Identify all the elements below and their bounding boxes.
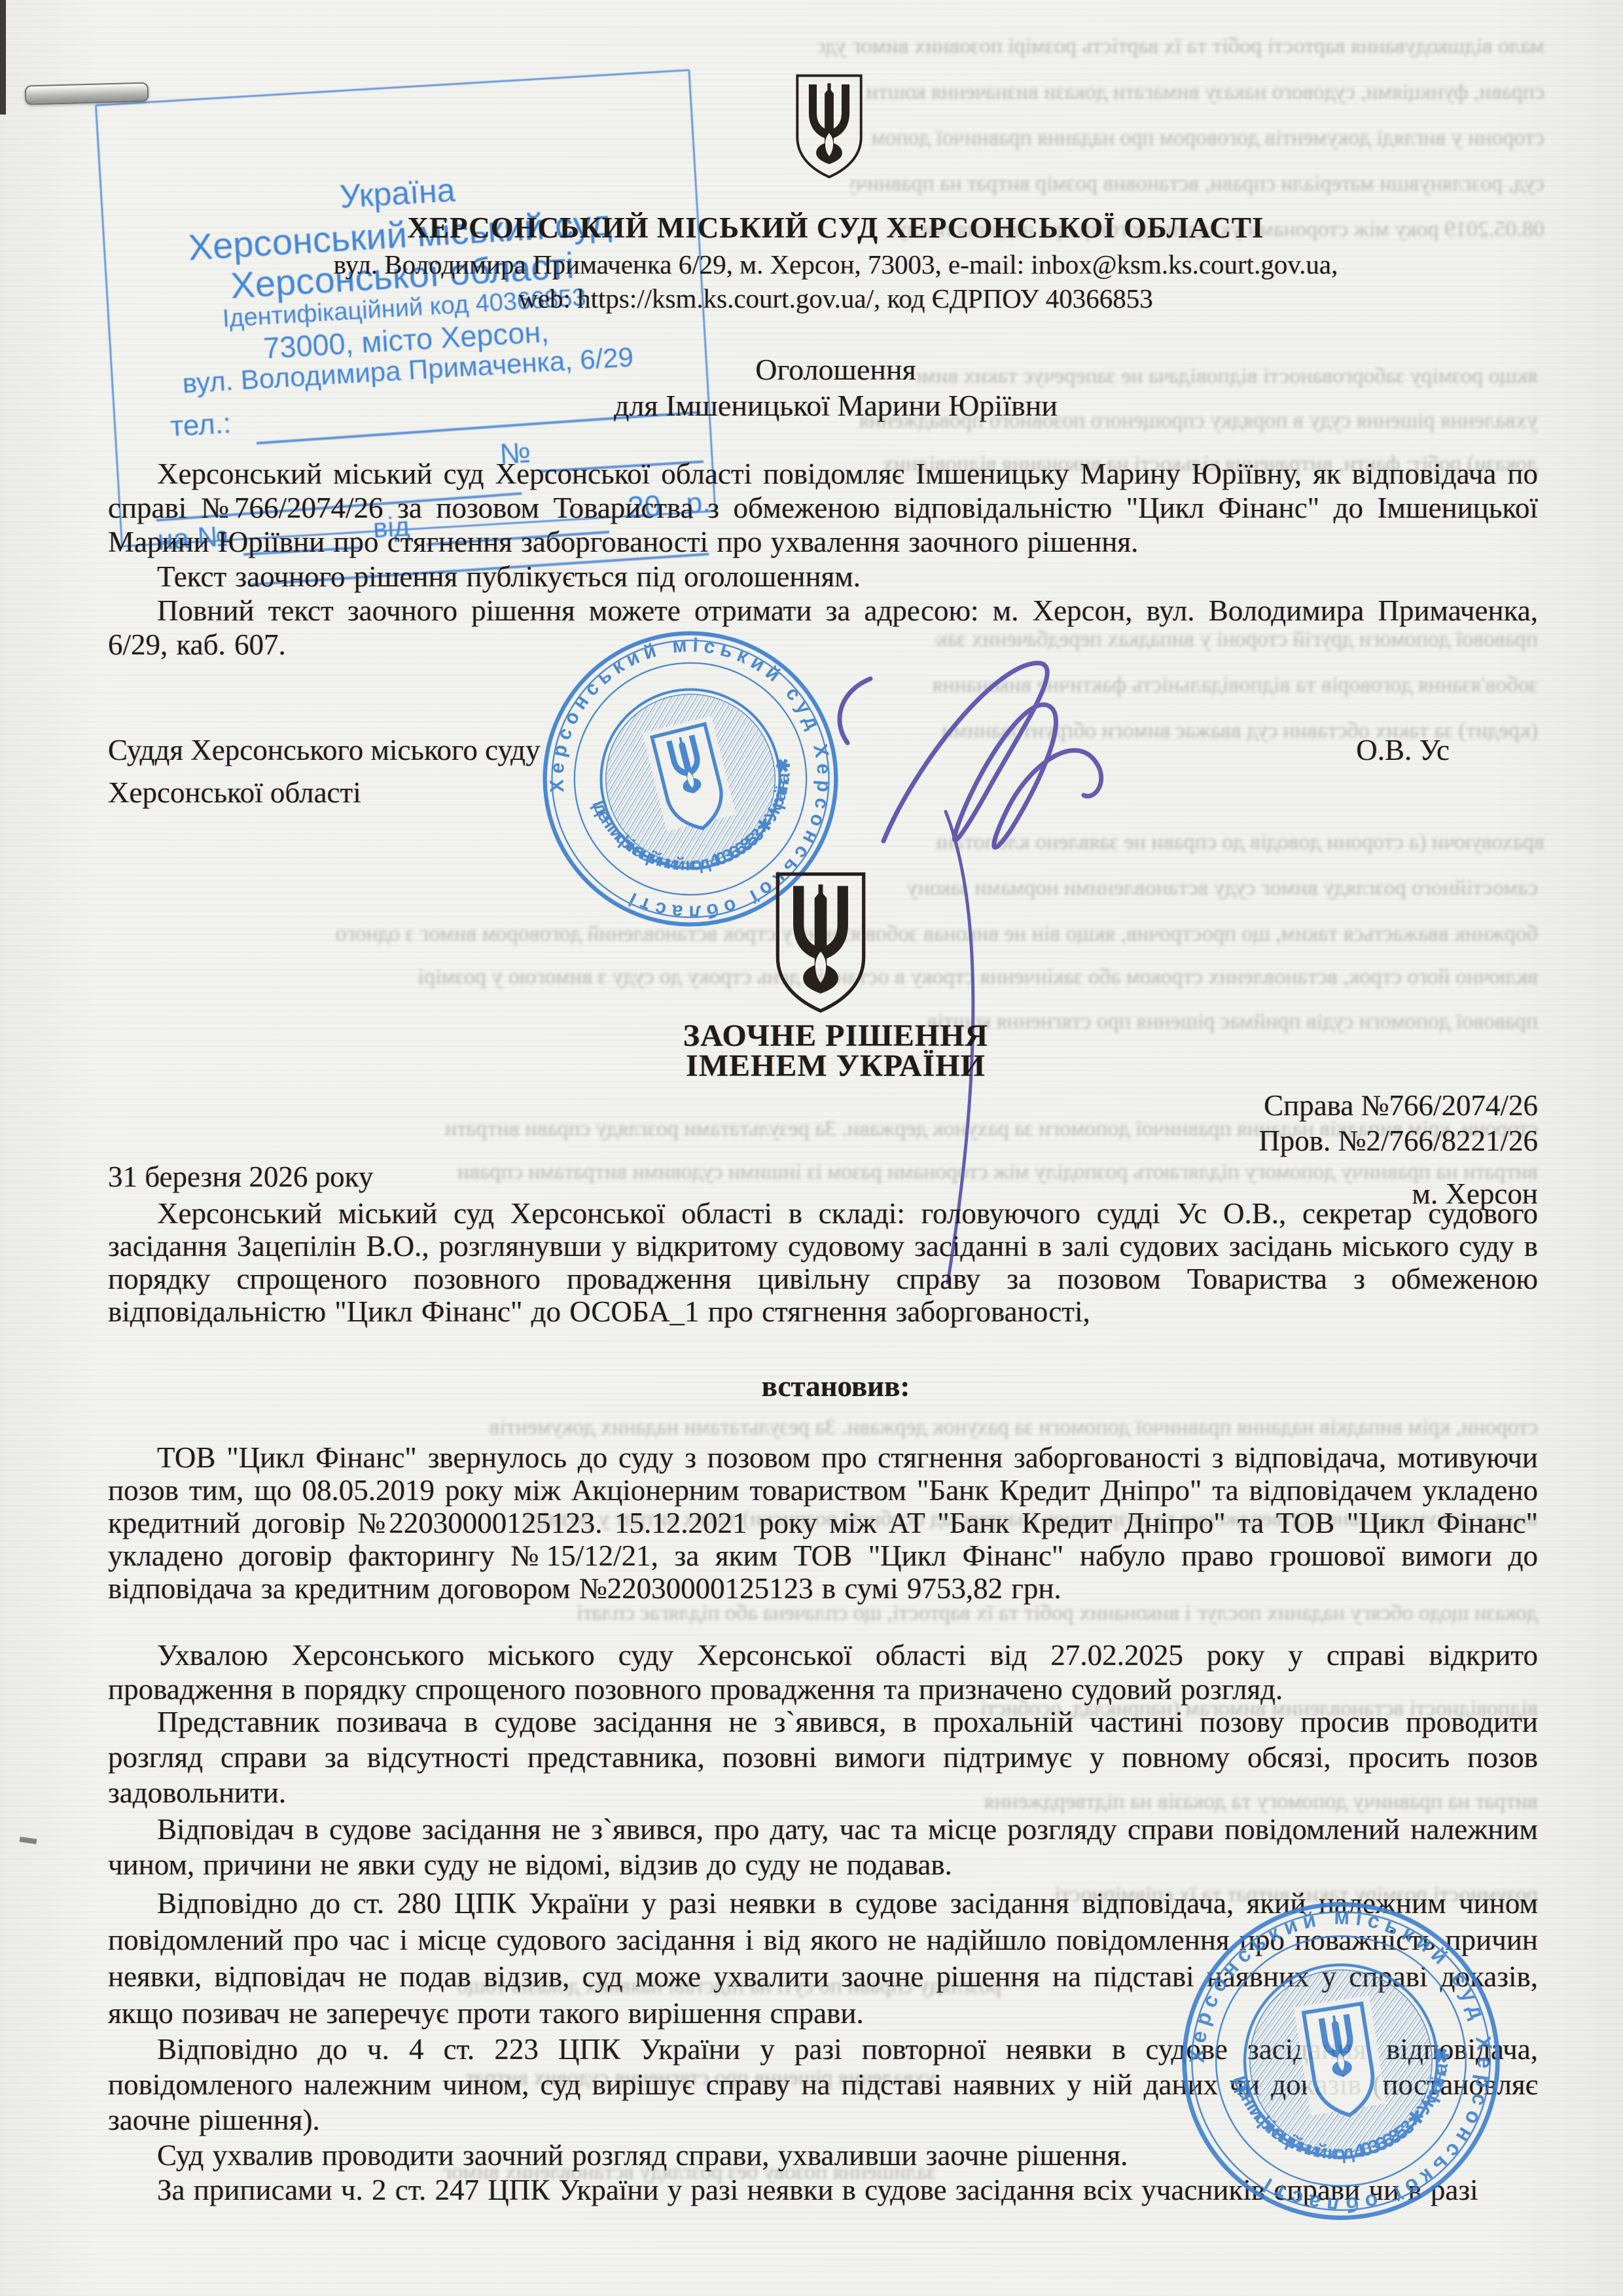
announcement-title: Оголошення xyxy=(24,351,1623,387)
court-round-seal-2: Херсонський міський суд Херсонської обла… xyxy=(1152,1872,1531,2251)
decision-intro-paragraph: Херсонський міський суд Херсонської обла… xyxy=(108,1197,1538,1328)
margin-tick-mark xyxy=(20,1837,37,1844)
proceeding-number: Пров. №2/766/8221/26 xyxy=(1258,1124,1538,1158)
bleedthrough-line: суд, розглянувши матеріали справи, встан… xyxy=(851,171,1544,196)
announcement-paragraph-1: Херсонський міський суд Херсонської обла… xyxy=(108,457,1538,559)
decision-paragraph-3: Представник позивача в судове засідання … xyxy=(108,1704,1538,1810)
court-letterhead-title: ХЕРСОНСЬКИЙ МІСЬКИЙ СУД ХЕРСОНСЬКОЇ ОБЛА… xyxy=(24,211,1623,245)
bleedthrough-line: сторони у вигляді документів договором п… xyxy=(870,126,1544,151)
announcement-subtitle: для Імшеницької Марини Юріївни xyxy=(24,387,1623,423)
case-number: Справа №766/2074/26 xyxy=(1264,1088,1538,1122)
decision-paragraph-2: Ухвалою Херсонського міського суду Херсо… xyxy=(108,1638,1538,1706)
decision-found-label: встановив: xyxy=(24,1369,1623,1403)
decision-heading-line1: ЗАОЧНЕ РІШЕННЯ xyxy=(24,1021,1623,1051)
decision-paragraph-4: Відповідач в судове засідання не з`явивс… xyxy=(108,1812,1538,1882)
scanned-court-document-page: мало відшкодування вартості робіт та їх … xyxy=(0,0,1623,2296)
court-letterhead-address: вул. Володимира Примаченка 6/29, м. Херс… xyxy=(24,249,1623,280)
coat-of-arms-small-icon xyxy=(789,72,869,181)
court-letterhead-web: web: https://ksm.ks.court.gov.ua/, код Є… xyxy=(24,283,1623,314)
decision-heading-line2: ІМЕНЕМ УКРАЇНИ xyxy=(24,1051,1623,1081)
judge-title-line2: Херсонської області xyxy=(108,776,361,810)
scan-edge-artifact xyxy=(0,0,6,115)
bleedthrough-line: сторони, крім випадків надання правничої… xyxy=(124,1415,1538,1440)
announcement-paragraph-2: Текст заочного рішення публікується під … xyxy=(108,560,1538,594)
decision-date: 31 березня 2026 року xyxy=(108,1160,373,1194)
coat-of-arms-large-icon xyxy=(769,869,872,1016)
decision-paragraph-1: ТОВ "Цикл Фінанс" звернулось до суду з п… xyxy=(108,1441,1538,1605)
bleedthrough-line: мало відшкодування вартості робіт та їх … xyxy=(818,34,1544,59)
judge-title-line1: Суддя Херсонського міського суду xyxy=(108,733,541,767)
judge-name: О.В. Ус xyxy=(1356,733,1450,767)
bleedthrough-line: справи, функціями, судового наказу вимаг… xyxy=(831,80,1544,105)
